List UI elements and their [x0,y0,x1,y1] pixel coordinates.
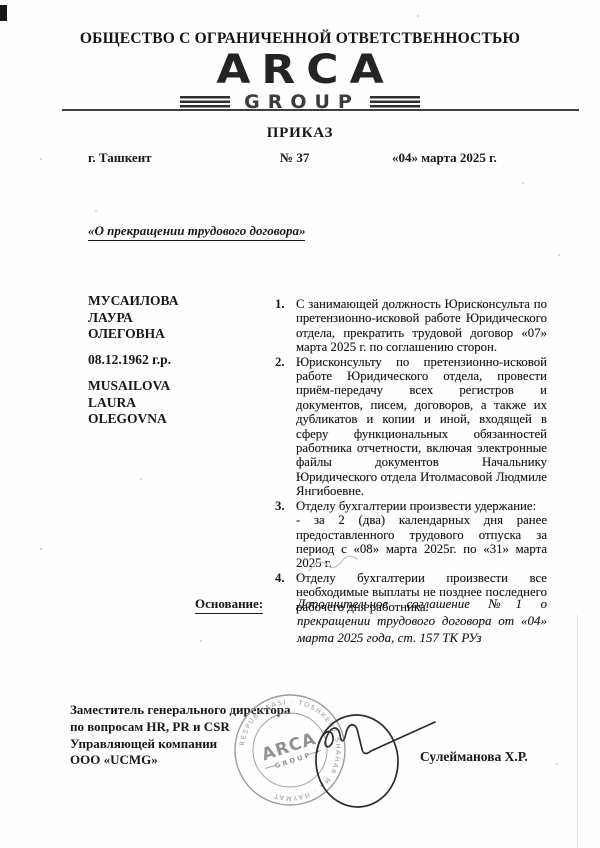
scan-speck [200,640,202,642]
order-item: 2.Юрисконсульту по претензионно-исковой … [275,355,547,499]
logo-stripe-left [180,96,230,108]
scan-speck [452,642,454,644]
scanned-order-document: ОБЩЕСТВО С ОГРАНИЧЕННОЙ ОТВЕТСТВЕННОСТЬЮ… [0,0,600,848]
order-item-number: 3. [275,499,296,571]
employee-birth-date: 08.12.1962 г.р. [88,352,248,369]
employee-last-name-en: MUSAILOVA [88,378,248,395]
document-place: г. Ташкент [88,150,152,166]
scan-speck [140,478,142,480]
logo-stripe-right [370,96,420,108]
order-item: 1.С занимающей должность Юрисконсульта п… [275,297,547,355]
employee-first-name-en: LAURA [88,395,248,412]
order-item-number: 4. [275,571,296,614]
employee-name-en: MUSAILOVA LAURA OLEGOVNA [88,378,248,428]
basis-text: Дополнительное соглашение №1 о прекращен… [297,596,547,646]
header-divider [62,109,579,111]
employee-name-ru: МУСАИЛОВА ЛАУРА ОЛЕГОВНА [88,293,248,343]
employee-first-name-ru: ЛАУРА [88,310,248,327]
order-item-text: С занимающей должность Юрисконсульта по … [296,297,547,355]
document-date: «04» марта 2025 г. [392,150,497,166]
scan-speck [522,182,524,184]
scan-speck [556,763,558,765]
employee-last-name-ru: МУСАИЛОВА [88,293,248,310]
employee-middle-name-en: OLEGOVNA [88,411,248,428]
order-item-text: Юрисконсульту по претензионно-исковой ра… [296,355,547,499]
pencil-mark [303,551,363,579]
arca-logo-wordmark: ARCA [0,46,600,93]
scan-speck [40,158,42,160]
employee-middle-name-ru: ОЛЕГОВНА [88,326,248,343]
document-subject: «О прекращении трудового договора» [88,223,305,241]
order-item-number: 2. [275,355,296,499]
document-title: ПРИКАЗ [0,125,600,142]
document-number: № 37 [280,150,309,166]
handwritten-signature [295,698,455,818]
scan-speck [558,254,560,256]
basis-label: Основание: [195,596,263,614]
scan-edge-line [577,615,578,848]
employee-block: МУСАИЛОВА ЛАУРА ОЛЕГОВНА 08.12.1962 г.р.… [88,293,248,428]
scan-speck [540,333,542,335]
order-item-number: 1. [275,297,296,355]
scan-speck [417,15,419,17]
scan-speck [480,300,482,302]
scan-artifact-notch [0,5,7,21]
scan-speck [40,548,42,550]
scan-speck [95,210,97,212]
